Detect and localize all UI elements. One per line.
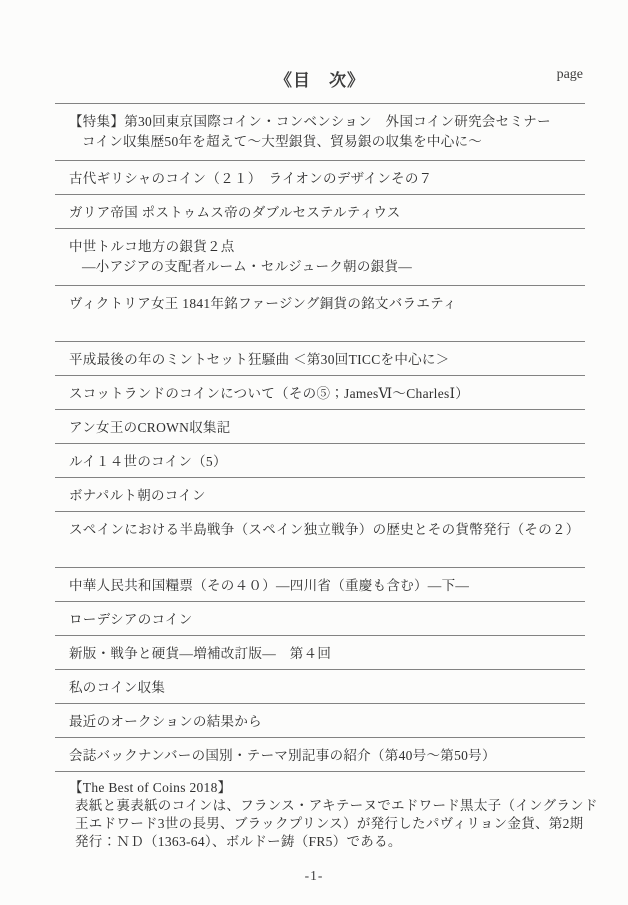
toc-entry-medieval-turkey: 中世トルコ地方の銀貨２点 ―小アジアの支配者ルーム・セルジューク朝の銀貨― [55,228,585,285]
toc-entry-special-feature: 【特集】第30回東京国際コイン・コンベンション 外国コイン研究会セミナー コイン… [55,103,585,160]
toc-entry-line: 中世トルコ地方の銀貨２点 [69,239,581,254]
toc-entry-line: 平成最後の年のミントセット狂騒曲 ＜第30回TICCを中心に＞ [69,352,581,367]
toc-entry-line: 会誌バックナンバーの国別・テーマ別記事の紹介（第40号～第50号） [69,748,581,763]
toc-entry-ancient-greece: 古代ギリシャのコイン（２１） ライオンのデザインその７ [55,160,585,194]
toc-entry-gallic-empire: ガリア帝国 ポストゥムス帝のダブルセステルティウス [55,194,585,228]
note-line: 発行：ＮＤ（1363-64）、ボルドー鋳（FR5）である。 [75,833,598,851]
toc-entry-line: ローデシアのコイン [69,612,581,627]
toc-entry-line: 新版・戦争と硬貨―増補改訂版― 第４回 [69,646,581,661]
toc-entry-victoria-farthing: ヴィクトリア女王 1841年銘ファージング銅貨の銘文バラエティ [55,285,585,341]
page-title: 《目 次》 [55,66,585,91]
toc-entry-line: コイン収集歴50年を超えて～大型銀貨、貿易銀の収集を中心に～ [69,134,581,149]
page-number: -1- [0,868,628,884]
toc-entry-line: 【特集】第30回東京国際コイン・コンベンション 外国コイン研究会セミナー [69,114,581,129]
toc-entry-line: アン女王のCROWN収集記 [69,420,581,435]
best-of-coins-title: 【The Best of Coins 2018】 [55,779,598,797]
page-column-label: page [557,67,583,83]
toc-entry-line: ヴィクトリア女王 1841年銘ファージング銅貨の銘文バラエティ [69,296,581,311]
note-line: 王エドワード3世の長男、ブラックプリンス）が発行したパヴィリョン金貨、第2期 [75,815,598,833]
note-line: 表紙と裏表紙のコインは、フランス・アキテーヌでエドワード黒太子（イングランド [75,797,598,815]
toc-entry-scotland-coins: スコットランドのコインについて（その⑤；JamesⅥ～CharlesⅠ） [55,375,585,409]
toc-entry-line: 最近のオークションの結果から [69,714,581,729]
page-header: 《目 次》 page [55,0,585,103]
toc-entry-recent-auctions: 最近のオークションの結果から [55,703,585,737]
toc-entry-my-coin-collection: 私のコイン収集 [55,669,585,703]
toc-entry-line: スコットランドのコインについて（その⑤；JamesⅥ～CharlesⅠ） [69,386,581,401]
table-of-contents: 【特集】第30回東京国際コイン・コンベンション 外国コイン研究会セミナー コイン… [55,103,585,772]
toc-entry-line: ガリア帝国 ポストゥムス帝のダブルセステルティウス [69,205,581,220]
toc-entry-queen-anne-crown: アン女王のCROWN収集記 [55,409,585,443]
toc-entry-line: 中華人民共和国糧票（その４０）―四川省（重慶も含む）―下― [69,578,581,593]
toc-entry-line: 私のコイン収集 [69,680,581,695]
best-of-coins-body: 表紙と裏表紙のコインは、フランス・アキテーヌでエドワード黒太子（イングランド 王… [55,797,598,851]
best-of-coins-note: 【The Best of Coins 2018】 表紙と裏表紙のコインは、フラン… [55,779,598,851]
toc-entry-china-ration-coupons: 中華人民共和国糧票（その４０）―四川省（重慶も含む）―下― [55,567,585,601]
toc-entry-line: 古代ギリシャのコイン（２１） ライオンのデザインその７ [69,171,581,186]
toc-entry-peninsular-war: スペインにおける半島戦争（スペイン独立戦争）の歴史とその貨幣発行（その２） [55,511,585,567]
toc-entry-bonaparte: ボナパルト朝のコイン [55,477,585,511]
toc-entry-line: ルイ１４世のコイン（5） [69,454,581,469]
toc-entry-louis-xiv: ルイ１４世のコイン（5） [55,443,585,477]
toc-entry-line: ボナパルト朝のコイン [69,488,581,503]
toc-entry-rhodesia: ローデシアのコイン [55,601,585,635]
toc-entry-war-and-coins: 新版・戦争と硬貨―増補改訂版― 第４回 [55,635,585,669]
scanned-toc-page: 《目 次》 page 【特集】第30回東京国際コイン・コンベンション 外国コイン… [0,0,628,905]
toc-entry-line: ―小アジアの支配者ルーム・セルジューク朝の銀貨― [69,259,581,274]
toc-entry-line: スペインにおける半島戦争（スペイン独立戦争）の歴史とその貨幣発行（その２） [69,522,581,537]
toc-entry-back-numbers: 会誌バックナンバーの国別・テーマ別記事の紹介（第40号～第50号） [55,737,585,772]
toc-entry-heisei-mintset: 平成最後の年のミントセット狂騒曲 ＜第30回TICCを中心に＞ [55,341,585,375]
